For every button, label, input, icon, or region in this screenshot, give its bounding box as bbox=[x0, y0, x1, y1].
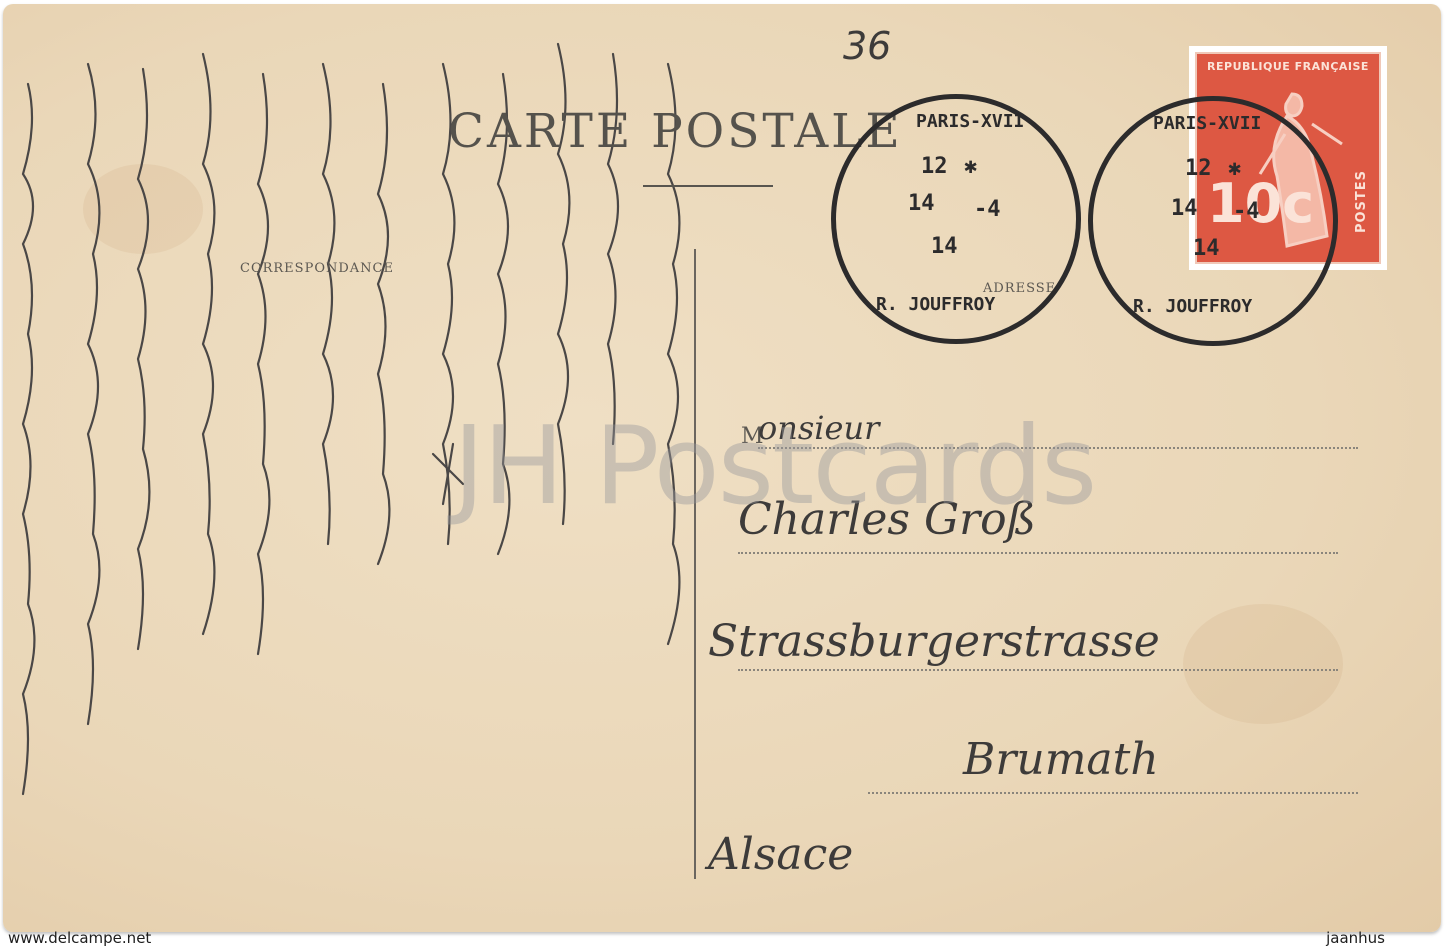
postmark-year: 14 bbox=[1193, 236, 1220, 261]
recipient-street: Strassburgerstrasse bbox=[708, 616, 1160, 667]
postmark-city: PARIS-XVII bbox=[1153, 113, 1261, 134]
postmark-city: PARIS-XVII bbox=[916, 111, 1024, 132]
address-line-2 bbox=[738, 552, 1338, 554]
postmark-time: 12 bbox=[921, 154, 948, 179]
reference-number: 36 bbox=[843, 24, 891, 68]
address-line-4 bbox=[868, 792, 1358, 794]
postmark-month: -4 bbox=[974, 197, 1001, 222]
postmark-right: 12 ✱ 14 -4 14 PARIS-XVII R. JOUFFROY bbox=[1088, 96, 1338, 346]
watermark: JH Postcards bbox=[453, 404, 1095, 529]
postmark-time: 12 bbox=[1185, 156, 1212, 181]
stamp-country: REPUBLIQUE FRANÇAISE bbox=[1197, 60, 1379, 73]
postmark-street: R. JOUFFROY bbox=[1133, 296, 1252, 317]
stamp-postes: POSTES bbox=[1354, 170, 1369, 233]
foxing-spot bbox=[1183, 604, 1343, 724]
address-line-3 bbox=[738, 669, 1338, 671]
postmark-month: -4 bbox=[1233, 199, 1260, 224]
seller-name-label: jaanhus bbox=[1326, 929, 1385, 947]
postcard: CARTE POSTALE CORRESPONDANCE ADRESSE 36 … bbox=[3, 4, 1441, 932]
postmark-year: 14 bbox=[931, 234, 958, 259]
recipient-city: Brumath bbox=[963, 734, 1159, 785]
title-underline bbox=[643, 185, 773, 187]
postmark-day: 14 bbox=[908, 191, 935, 216]
center-divider bbox=[694, 249, 696, 879]
source-site-label: www.delcampe.net bbox=[8, 929, 151, 947]
recipient-region: Alsace bbox=[708, 829, 853, 880]
postmark-star-icon: ✱ bbox=[964, 154, 977, 179]
postmark-street: R. JOUFFROY bbox=[876, 294, 995, 315]
postcard-title: CARTE POSTALE bbox=[448, 104, 903, 159]
postmark-left: 12 ✱ 14 -4 14 PARIS-XVII R. JOUFFROY bbox=[831, 94, 1081, 344]
correspondence-label: CORRESPONDANCE bbox=[240, 261, 394, 276]
postmark-day: 14 bbox=[1171, 196, 1198, 221]
postmark-star-icon: ✱ bbox=[1228, 156, 1241, 181]
